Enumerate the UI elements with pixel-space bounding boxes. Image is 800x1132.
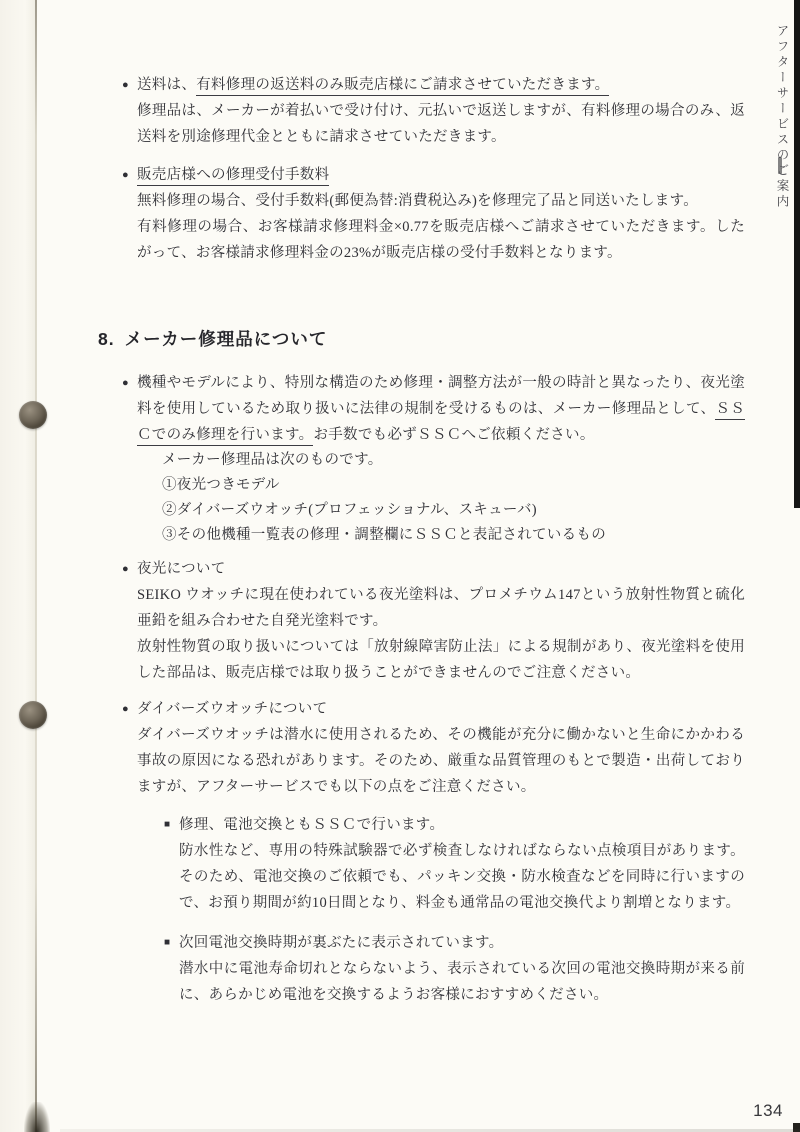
maker-repair-list: メーカー修理品は次のものです。 ①夜光つきモデル ②ダイバーズウオッチ(プロフェ… <box>162 448 745 548</box>
divers-note: ■ 修理、電池交換ともＳＳＣで行います。 防水性など、専用の特殊試験器で必ず検査… <box>164 812 745 916</box>
handling-fee-title-line: 販売店様への修理受付手数料 <box>137 162 745 188</box>
shipping-fee-body: 修理品は、メーカーが着払いで受け付け、元払いで返送しますが、有料修理の場合のみ、… <box>137 98 745 150</box>
shipping-fee-lead-line: 送料は、有料修理の返送料のみ販売店様にご請求させていただきます。 <box>137 72 745 98</box>
section-number: 8. <box>98 329 115 349</box>
divers-block: ● ダイバーズウオッチについて ダイバーズウオッチは潜水に使用されるため、その機… <box>122 696 745 800</box>
divers-note: ■ 次回電池交換時期が裏ぶたに表示されています。 潜水中に電池寿命切れとならない… <box>164 930 745 1008</box>
underlined-text: 有料修理の返送料のみ販売店様にご請求させていただきます。 <box>196 77 609 96</box>
luminous-para2: 放射性物質の取り扱いについては「放射線障害防止法」による規制があり、夜光塗料を使… <box>137 634 745 686</box>
page-crease <box>35 0 37 1132</box>
scan-smudge <box>24 1102 50 1132</box>
luminous-para1: SEIKO ウオッチに現在使われている夜光塗料は、プロメチウム147という放射性… <box>137 582 745 634</box>
page-number: 134 <box>753 1101 783 1121</box>
list-item: ③その他機種一覧表の修理・調整欄にＳＳＣと表記されているもの <box>162 523 745 548</box>
luminous-title: 夜光について <box>137 556 745 582</box>
side-tab-label: アフターサービスのご案内 <box>773 24 791 210</box>
divers-note-title: 次回電池交換時期が裏ぶたに表示されています。 <box>179 930 745 956</box>
maker-repair-body-pre: 機種やモデルにより、特別な構造のため修理・調整方法が一般の時計と異なったり、夜光… <box>137 375 745 417</box>
list-item: ②ダイバーズウオッチ(プロフェッショナル、スキューバ) <box>162 498 745 523</box>
divers-note-title: 修理、電池交換ともＳＳＣで行います。 <box>179 812 745 838</box>
shipping-fee-lead: 送料は、 <box>137 77 196 93</box>
binder-hole <box>19 701 47 729</box>
list-item: ①夜光つきモデル <box>162 473 745 498</box>
divers-title: ダイバーズウオッチについて <box>137 696 745 722</box>
shipping-fee-block: ● 送料は、有料修理の返送料のみ販売店様にご請求させていただきます。 修理品は、… <box>122 72 745 150</box>
bullet-icon: ● <box>122 696 129 722</box>
binder-hole <box>19 401 47 429</box>
maker-repair-body-post: お手数でも必ずＳＳＣへご依頼ください。 <box>313 427 594 443</box>
divers-para: ダイバーズウオッチは潜水に使用されるため、その機能が充分に働かないと生命にかかわ… <box>137 722 745 800</box>
square-bullet-icon: ■ <box>164 812 170 838</box>
handling-fee-title: 販売店様への修理受付手数料 <box>137 167 329 186</box>
section-heading-label: メーカー修理品について <box>125 329 328 349</box>
bullet-icon: ● <box>122 162 129 188</box>
handling-fee-block: ● 販売店様への修理受付手数料 無料修理の場合、受付手数料(郵便為替:消費税込み… <box>122 162 745 266</box>
handling-fee-para2: 有料修理の場合、お客様請求修理料金×0.77を販売店様へご請求させていただきます… <box>137 214 745 266</box>
bullet-icon: ● <box>122 72 129 98</box>
black-edge-bar <box>794 0 800 508</box>
handling-fee-para1: 無料修理の場合、受付手数料(郵便為替:消費税込み)を修理完了品と同送いたします。 <box>137 188 745 214</box>
maker-repair-body: 機種やモデルにより、特別な構造のため修理・調整方法が一般の時計と異なったり、夜光… <box>137 370 745 448</box>
square-bullet-icon: ■ <box>164 930 170 956</box>
maker-repair-list-intro: メーカー修理品は次のものです。 <box>162 448 745 473</box>
luminous-block: ● 夜光について SEIKO ウオッチに現在使われている夜光塗料は、プロメチウム… <box>122 556 745 686</box>
bullet-icon: ● <box>122 370 129 396</box>
section-heading: 8.メーカー修理品について <box>98 324 745 354</box>
main-content: ● 送料は、有料修理の返送料のみ販売店様にご請求させていただきます。 修理品は、… <box>98 72 745 1008</box>
document-page: アフターサービスのご案内 134 ● 送料は、有料修理の返送料のみ販売店様にご請… <box>0 0 800 1132</box>
divers-note-body: 防水性など、専用の特殊試験器で必ず検査しなければならない点検項目があります。その… <box>179 838 745 916</box>
divers-note-body: 潜水中に電池寿命切れとならないよう、表示されている次回の電池交換時期が来る前に、… <box>179 956 745 1008</box>
scan-left-strip <box>0 0 36 1132</box>
bullet-icon: ● <box>122 556 129 582</box>
maker-repair-block: ● 機種やモデルにより、特別な構造のため修理・調整方法が一般の時計と異なったり、… <box>122 370 745 448</box>
